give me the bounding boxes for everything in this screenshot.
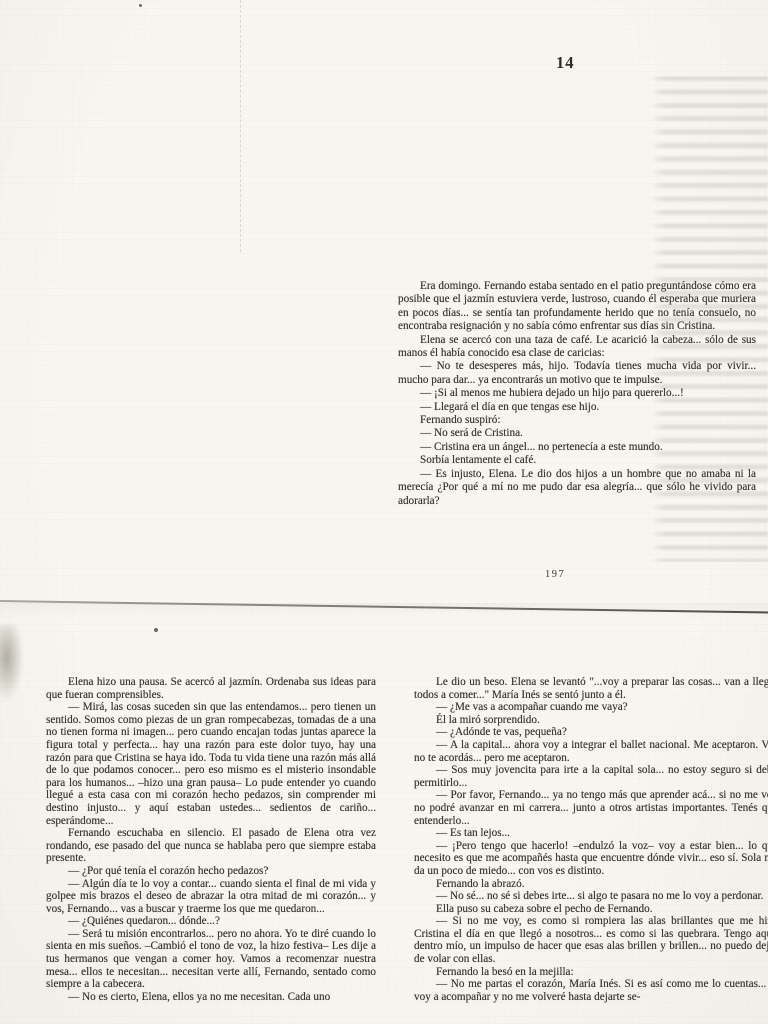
scanned-document-viewport: 14 Era domingo. Fernando estaba sentado … [0, 0, 768, 1024]
paragraph: — Es injusto, Elena. Le dio dos hijos a … [398, 468, 756, 508]
paragraph: — ¿Por qué tenía el corazón hecho pedazo… [46, 865, 376, 878]
scan-smudge [0, 625, 24, 703]
paragraph: — Algún día te lo voy a contar... cuando… [46, 878, 376, 916]
paragraph: — Por favor, Fernando... ya no tengo más… [414, 789, 768, 827]
right-column: Le dio un beso. Elena se levantó "...voy… [414, 676, 768, 1003]
paragraph: — ¿Quiénes quedaron... dónde...? [46, 915, 376, 928]
paragraph: — A la capital... ahora voy a integrar e… [414, 739, 768, 764]
paragraph: — No me partas el corazón, María Inés. S… [414, 978, 768, 1003]
paragraph: — No te desesperes más, hijo. Todavía ti… [398, 360, 756, 387]
paragraph: — ¿Adónde te vas, pequeña? [414, 726, 768, 739]
paragraph: — Sos muy jovencita para irte a la capit… [414, 764, 768, 789]
paragraph: Elena se acercó con una taza de café. Le… [398, 334, 756, 361]
paragraph: — Mirá, las cosas suceden sin que las en… [46, 701, 376, 827]
scanned-page-top: 14 Era domingo. Fernando estaba sentado … [0, 0, 768, 602]
paragraph: — ¡Pero tengo que hacerlo! –endulzó la v… [414, 840, 768, 878]
paragraph: — No será de Cristina. [398, 427, 756, 440]
paragraph: Fernando suspiró: [398, 414, 756, 427]
left-column: Elena hizo una pausa. Se acercó al jazmí… [46, 676, 376, 1003]
page-number: 197 [545, 569, 565, 580]
paragraph: Fernando escuchaba en silencio. El pasad… [46, 827, 376, 865]
page-text-block: Era domingo. Fernando estaba sentado en … [398, 280, 756, 508]
paragraph: — ¡Si al menos me hubiera dejado un hijo… [398, 387, 756, 400]
paragraph: — Si no me voy, es como si rompiera las … [414, 915, 768, 965]
paragraph: — ¿Me vas a acompañar cuando me vaya? [414, 701, 768, 714]
paragraph: Fernando la besó en la mejilla: [414, 966, 768, 979]
scanned-page-bottom: Elena hizo una pausa. Se acercó al jazmí… [0, 603, 768, 1024]
paragraph: Elena hizo una pausa. Se acercó al jazmí… [46, 676, 376, 701]
paragraph: Ella puso su cabeza sobre el pecho de Fe… [414, 903, 768, 916]
paragraph: — No sé... no sé si debes irte... si alg… [414, 890, 768, 903]
paragraph: — Llegará el día en que tengas ese hijo. [398, 401, 756, 414]
paragraph: Fernando la abrazó. [414, 878, 768, 891]
paragraph: — Será tu misión encontrarlos... pero no… [46, 928, 376, 991]
paragraph: Era domingo. Fernando estaba sentado en … [398, 280, 756, 334]
paragraph: Él la miró sorprendido. [414, 714, 768, 727]
page-crease-line [240, 0, 241, 252]
paragraph: Sorbía lentamente el café. [398, 454, 756, 467]
chapter-number: 14 [556, 53, 575, 73]
paragraph: — Cristina era un ángel... no pertenecía… [398, 441, 756, 454]
paragraph: — Es tan lejos... [414, 827, 768, 840]
paragraph: — No es cierto, Elena, ellos ya no me ne… [46, 991, 376, 1004]
paragraph: Le dio un beso. Elena se levantó "...voy… [414, 676, 768, 701]
scan-speck [139, 4, 142, 7]
